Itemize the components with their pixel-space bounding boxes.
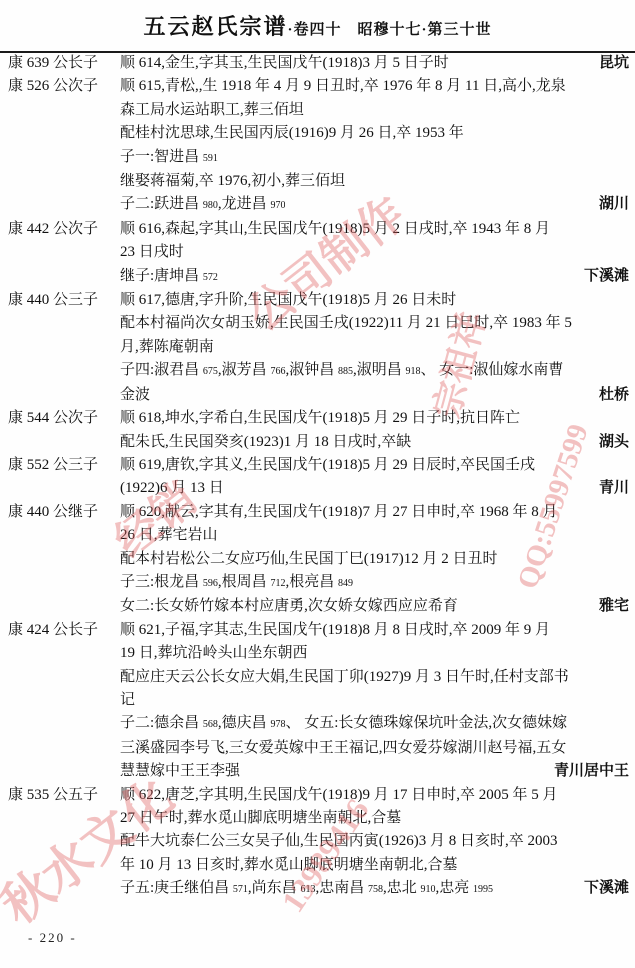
entry-text: 配桂村沈思球,生民国丙辰(1916)9 月 26 日,卒 1953 年 [120, 122, 464, 145]
entry-text: 顺 617,德唐,字升阶,生民国戊午(1918)5 月 26 日未时 [120, 289, 456, 312]
entry-line: 慧慧嫁中王王李强青川居中王 [120, 760, 629, 783]
text-segment: 23 日戌时 [120, 244, 184, 260]
text-segment: ,根周昌 [218, 574, 271, 590]
entry-line: 顺 622,唐芝,字其明,生民国戊午(1918)9 月 17 日申时,卒 200… [120, 784, 629, 807]
text-segment: 女二:长女娇竹嫁本村应唐勇,次女娇女嫁西应应希育 [120, 598, 458, 614]
descendant-number: 849 [338, 578, 353, 589]
generation-label: 康 440 公三子 [0, 289, 120, 312]
descendant-number: 613 [300, 884, 315, 895]
generation-label: 康 440 公继子 [0, 501, 120, 524]
entry-line: 顺 615,青松,,生 1918 年 4 月 9 日丑时,卒 1976 年 8 … [120, 75, 629, 98]
text-segment: ,忠北 [383, 880, 421, 896]
text-segment: 顺 620,献云,字其有,生民国戊午(1918)7 月 27 日申时,卒 196… [120, 504, 558, 520]
generation-label: 康 639 公长子 [0, 52, 120, 75]
entry-rows: 顺 621,子福,字其志,生民国戊午(1918)8 月 8 日戌时,卒 2009… [120, 619, 635, 784]
genealogy-entry: 康 544 公次子顺 618,坤水,字希白,生民国戊午(1918)5 月 29 … [0, 407, 635, 454]
entry-text: 继娶蒋福菊,卒 1976,初小,葬三佰坦 [120, 170, 345, 193]
entry-rows: 顺 620,献云,字其有,生民国戊午(1918)7 月 27 日申时,卒 196… [120, 501, 635, 619]
text-segment: 顺 622,唐芝,字其明,生民国戊午(1918)9 月 17 日申时,卒 200… [120, 787, 558, 803]
text-segment: 森工局水运站职工,葬三佰坦 [120, 102, 304, 118]
descendant-number: 572 [203, 272, 218, 283]
text-segment: 子五:庚壬继伯昌 [120, 880, 233, 896]
entry-line: 子四:淑君昌 675,淑芳昌 766,淑钟昌 885,淑明昌 918、 女一:淑… [120, 359, 629, 383]
text-segment: 顺 616,森起,字其山,生民国戊午(1918)5 月 2 日戌时,卒 1943… [120, 221, 550, 237]
entry-line: 27 日午时,葬水觅山脚底明塘坐南朝北,合墓 [120, 807, 629, 830]
genealogy-entry: 康 424 公长子顺 621,子福,字其志,生民国戊午(1918)8 月 8 日… [0, 619, 635, 784]
entry-line: 月,葬陈庵朝南 [120, 336, 629, 359]
entry-text: 三溪盛园李号飞,三女爱英嫁中王王福记,四女爱芬嫁湖川赵号福,五女 [120, 737, 566, 760]
text-segment: 顺 615,青松,,生 1918 年 4 月 9 日丑时,卒 1976 年 8 … [120, 78, 566, 94]
descendant-number: 910 [420, 884, 435, 895]
entry-line: 配桂村沈思球,生民国丙辰(1916)9 月 26 日,卒 1953 年 [120, 122, 629, 145]
text-segment: 子二:德余昌 [120, 715, 203, 731]
residence-place: 青川居中王 [554, 760, 629, 783]
entry-line: (1922)6 月 13 日青川 [120, 477, 629, 500]
text-segment: 慧慧嫁中王王李强 [120, 763, 240, 779]
entry-line: 顺 614,金生,字其玉,生民国戊午(1918)3 月 5 日子时昆坑 [120, 52, 629, 75]
entry-line: 顺 621,子福,字其志,生民国戊午(1918)8 月 8 日戌时,卒 2009… [120, 619, 629, 642]
page-header: 五云赵氏宗谱·卷四十 昭穆十七·第三十世 [0, 10, 635, 53]
residence-place: 雅宅 [599, 595, 629, 618]
text-segment: 子四:淑君昌 [120, 362, 203, 378]
text-segment: 子三:根龙昌 [120, 574, 203, 590]
descendant-number: 596 [203, 578, 218, 589]
text-segment: ,尚东昌 [248, 880, 301, 896]
page-number: - 220 - [28, 930, 77, 946]
entry-text: 金波 [120, 384, 150, 407]
descendant-number: 712 [270, 578, 285, 589]
generation-label: 康 535 公五子 [0, 784, 120, 807]
text-segment: 继娶蒋福菊,卒 1976,初小,葬三佰坦 [120, 173, 345, 189]
entry-text: 顺 619,唐钦,字其义,生民国戊午(1918)5 月 29 日辰时,卒民国壬戌 [120, 454, 535, 477]
entry-text: 26 日,葬宅岩山 [120, 524, 218, 547]
genealogy-entry: 康 440 公三子顺 617,德唐,字升阶,生民国戊午(1918)5 月 26 … [0, 289, 635, 407]
entry-line: 顺 617,德唐,字升阶,生民国戊午(1918)5 月 26 日未时 [120, 289, 629, 312]
entry-rows: 顺 619,唐钦,字其义,生民国戊午(1918)5 月 29 日辰时,卒民国壬戌… [120, 454, 635, 501]
entry-line: 子二:跃进昌 980,龙进昌 970湖川 [120, 193, 629, 217]
descendant-number: 1995 [473, 884, 493, 895]
text-segment: 金波 [120, 387, 150, 403]
text-segment: 子二:跃进昌 [120, 196, 203, 212]
entry-line: 顺 620,献云,字其有,生民国戊午(1918)7 月 27 日申时,卒 196… [120, 501, 629, 524]
entry-text: 顺 618,坤水,字希白,生民国戊午(1918)5 月 29 日子时,抗日阵亡 [120, 407, 520, 430]
book-title: 五云赵氏宗谱 [143, 14, 287, 39]
text-segment: 配本村福尚次女胡玉娇,生民国壬戌(1922)11 月 21 日巳时,卒 1983… [120, 315, 572, 331]
descendant-number: 675 [203, 366, 218, 377]
text-segment: ,淑芳昌 [218, 362, 271, 378]
entry-line: 配应庄天云公长女应大娟,生民国丁卯(1927)9 月 3 日午时,任村支部书 [120, 666, 629, 689]
text-segment: ,龙进昌 [218, 196, 271, 212]
entry-line: 配本村岩松公二女应巧仙,生民国丁巳(1917)12 月 2 日丑时 [120, 548, 629, 571]
descendant-number: 571 [233, 884, 248, 895]
entry-line: 配朱氏,生民国癸亥(1923)1 月 18 日戌时,卒缺湖头 [120, 431, 629, 454]
residence-place: 下溪滩 [584, 877, 629, 900]
entry-text: 子二:跃进昌 980,龙进昌 970 [120, 193, 285, 217]
entry-text: 子一:智进昌 591 [120, 146, 218, 170]
entry-line: 记 [120, 689, 629, 712]
entry-text: 子三:根龙昌 596,根周昌 712,根亮昌 849 [120, 571, 353, 595]
entry-text: 23 日戌时 [120, 241, 184, 264]
genealogy-entry: 康 552 公三子顺 619,唐钦,字其义,生民国戊午(1918)5 月 29 … [0, 454, 635, 501]
entry-line: 子五:庚壬继伯昌 571,尚东昌 613,忠南昌 758,忠北 910,忠亮 1… [120, 877, 629, 901]
residence-place: 湖头 [599, 431, 629, 454]
entry-line: 子三:根龙昌 596,根周昌 712,根亮昌 849 [120, 571, 629, 595]
entry-line: 26 日,葬宅岩山 [120, 524, 629, 547]
text-segment: 三溪盛园李号飞,三女爱英嫁中王王福记,四女爱芬嫁湖川赵号福,五女 [120, 740, 566, 756]
entry-text: 19 日,葬坑沿岭头山坐东朝西 [120, 642, 308, 665]
residence-place: 湖川 [599, 193, 629, 216]
text-segment: (1922)6 月 13 日 [120, 480, 224, 496]
descendant-number: 758 [368, 884, 383, 895]
genealogy-entry: 康 535 公五子顺 622,唐芝,字其明,生民国戊午(1918)9 月 17 … [0, 784, 635, 902]
entry-line: 19 日,葬坑沿岭头山坐东朝西 [120, 642, 629, 665]
entry-rows: 顺 617,德唐,字升阶,生民国戊午(1918)5 月 26 日未时配本村福尚次… [120, 289, 635, 407]
text-segment: 19 日,葬坑沿岭头山坐东朝西 [120, 645, 308, 661]
text-segment: ,德庆昌 [218, 715, 271, 731]
text-segment: 配朱氏,生民国癸亥(1923)1 月 18 日戌时,卒缺 [120, 434, 411, 450]
text-segment: 月,葬陈庵朝南 [120, 339, 214, 355]
entry-text: 配本村福尚次女胡玉娇,生民国壬戌(1922)11 月 21 日巳时,卒 1983… [120, 312, 572, 335]
genealogy-entry: 康 442 公次子顺 616,森起,字其山,生民国戊午(1918)5 月 2 日… [0, 218, 635, 289]
entry-line: 配本村福尚次女胡玉娇,生民国壬戌(1922)11 月 21 日巳时,卒 1983… [120, 312, 629, 335]
descendant-number: 980 [203, 200, 218, 211]
entry-text: 配朱氏,生民国癸亥(1923)1 月 18 日戌时,卒缺 [120, 431, 411, 454]
volume-subtitle: ·卷四十 昭穆十七·第三十世 [288, 22, 492, 38]
descendant-number: 591 [203, 153, 218, 164]
descendant-number: 766 [270, 366, 285, 377]
entry-text: 顺 615,青松,,生 1918 年 4 月 9 日丑时,卒 1976 年 8 … [120, 75, 566, 98]
text-segment: 顺 618,坤水,字希白,生民国戊午(1918)5 月 29 日子时,抗日阵亡 [120, 410, 520, 426]
genealogy-entry: 康 440 公继子顺 620,献云,字其有,生民国戊午(1918)7 月 27 … [0, 501, 635, 619]
entry-text: 继子:唐坤昌 572 [120, 265, 218, 289]
text-segment: ,淑钟昌 [285, 362, 338, 378]
text-segment: 顺 619,唐钦,字其义,生民国戊午(1918)5 月 29 日辰时,卒民国壬戌 [120, 457, 535, 473]
entry-rows: 顺 615,青松,,生 1918 年 4 月 9 日丑时,卒 1976 年 8 … [120, 75, 635, 217]
entry-text: 顺 614,金生,字其玉,生民国戊午(1918)3 月 5 日子时 [120, 52, 449, 75]
text-segment: ,根亮昌 [285, 574, 338, 590]
entry-text: 27 日午时,葬水觅山脚底明塘坐南朝北,合墓 [120, 807, 401, 830]
residence-place: 青川 [599, 477, 629, 500]
text-segment: ,忠南昌 [315, 880, 368, 896]
descendant-number: 918 [405, 366, 420, 377]
text-segment: 顺 614,金生,字其玉,生民国戊午(1918)3 月 5 日子时 [120, 55, 449, 71]
entry-line: 继子:唐坤昌 572下溪滩 [120, 265, 629, 289]
entry-line: 顺 618,坤水,字希白,生民国戊午(1918)5 月 29 日子时,抗日阵亡 [120, 407, 629, 430]
entry-line: 金波杜桥 [120, 384, 629, 407]
descendant-number: 885 [338, 366, 353, 377]
text-segment: 年 10 月 13 日亥时,葬水觅山脚底明塘坐南朝北,合墓 [120, 857, 458, 873]
entry-text: 顺 616,森起,字其山,生民国戊午(1918)5 月 2 日戌时,卒 1943… [120, 218, 550, 241]
text-segment: 子一:智进昌 [120, 149, 203, 165]
text-segment: 配牛大坑泰仁公三女吴子仙,生民国丙寅(1926)3 月 8 日亥时,卒 2003 [120, 833, 558, 849]
text-segment: 、 女一:淑仙嫁水南曹 [420, 362, 563, 378]
entry-text: (1922)6 月 13 日 [120, 477, 224, 500]
entry-text: 配牛大坑泰仁公三女吴子仙,生民国丙寅(1926)3 月 8 日亥时,卒 2003 [120, 830, 558, 853]
text-segment: 配应庄天云公长女应大娟,生民国丁卯(1927)9 月 3 日午时,任村支部书 [120, 669, 569, 685]
entry-text: 年 10 月 13 日亥时,葬水觅山脚底明塘坐南朝北,合墓 [120, 854, 458, 877]
entry-line: 女二:长女娇竹嫁本村应唐勇,次女娇女嫁西应应希育雅宅 [120, 595, 629, 618]
entry-line: 森工局水运站职工,葬三佰坦 [120, 99, 629, 122]
descendant-number: 970 [270, 200, 285, 211]
entry-line: 年 10 月 13 日亥时,葬水觅山脚底明塘坐南朝北,合墓 [120, 854, 629, 877]
text-segment: 、 女五:长女德珠嫁保坑叶金法,次女德妹嫁 [285, 715, 567, 731]
entry-line: 顺 616,森起,字其山,生民国戊午(1918)5 月 2 日戌时,卒 1943… [120, 218, 629, 241]
entry-text: 顺 620,献云,字其有,生民国戊午(1918)7 月 27 日申时,卒 196… [120, 501, 558, 524]
entry-text: 森工局水运站职工,葬三佰坦 [120, 99, 304, 122]
entry-text: 子二:德余昌 568,德庆昌 978、 女五:长女德珠嫁保坑叶金法,次女德妹嫁 [120, 712, 567, 736]
entry-line: 继娶蒋福菊,卒 1976,初小,葬三佰坦 [120, 170, 629, 193]
entry-text: 女二:长女娇竹嫁本村应唐勇,次女娇女嫁西应应希育 [120, 595, 458, 618]
genealogy-entry: 康 526 公次子顺 615,青松,,生 1918 年 4 月 9 日丑时,卒 … [0, 75, 635, 217]
text-segment: 记 [120, 692, 135, 708]
genealogy-page: 五云赵氏宗谱·卷四十 昭穆十七·第三十世 康 639 公长子顺 614,金生,字… [0, 0, 635, 968]
entry-line: 顺 619,唐钦,字其义,生民国戊午(1918)5 月 29 日辰时,卒民国壬戌 [120, 454, 629, 477]
entry-line: 三溪盛园李号飞,三女爱英嫁中王王福记,四女爱芬嫁湖川赵号福,五女 [120, 737, 629, 760]
entry-text: 月,葬陈庵朝南 [120, 336, 214, 359]
genealogy-entry: 康 639 公长子顺 614,金生,字其玉,生民国戊午(1918)3 月 5 日… [0, 52, 635, 75]
generation-label: 康 552 公三子 [0, 454, 120, 477]
text-segment: 26 日,葬宅岩山 [120, 527, 218, 543]
text-segment: 配本村岩松公二女应巧仙,生民国丁巳(1917)12 月 2 日丑时 [120, 551, 498, 567]
entry-text: 顺 621,子福,字其志,生民国戊午(1918)8 月 8 日戌时,卒 2009… [120, 619, 550, 642]
entry-text: 子四:淑君昌 675,淑芳昌 766,淑钟昌 885,淑明昌 918、 女一:淑… [120, 359, 563, 383]
generation-label: 康 424 公长子 [0, 619, 120, 642]
residence-place: 昆坑 [599, 52, 629, 75]
descendant-number: 568 [203, 719, 218, 730]
entry-text: 配本村岩松公二女应巧仙,生民国丁巳(1917)12 月 2 日丑时 [120, 548, 498, 571]
entry-line: 子二:德余昌 568,德庆昌 978、 女五:长女德珠嫁保坑叶金法,次女德妹嫁 [120, 712, 629, 736]
entry-rows: 顺 614,金生,字其玉,生民国戊午(1918)3 月 5 日子时昆坑 [120, 52, 635, 75]
entry-line: 配牛大坑泰仁公三女吴子仙,生民国丙寅(1926)3 月 8 日亥时,卒 2003 [120, 830, 629, 853]
text-segment: 配桂村沈思球,生民国丙辰(1916)9 月 26 日,卒 1953 年 [120, 125, 464, 141]
entry-text: 记 [120, 689, 135, 712]
entry-rows: 顺 618,坤水,字希白,生民国戊午(1918)5 月 29 日子时,抗日阵亡配… [120, 407, 635, 454]
entry-text: 慧慧嫁中王王李强 [120, 760, 240, 783]
entry-line: 23 日戌时 [120, 241, 629, 264]
residence-place: 下溪滩 [584, 265, 629, 288]
text-segment: 继子:唐坤昌 [120, 268, 203, 284]
text-segment: 顺 617,德唐,字升阶,生民国戊午(1918)5 月 26 日未时 [120, 292, 456, 308]
text-segment: ,忠亮 [435, 880, 473, 896]
generation-label: 康 442 公次子 [0, 218, 120, 241]
descendant-number: 978 [270, 719, 285, 730]
entry-rows: 顺 622,唐芝,字其明,生民国戊午(1918)9 月 17 日申时,卒 200… [120, 784, 635, 902]
entries: 康 639 公长子顺 614,金生,字其玉,生民国戊午(1918)3 月 5 日… [0, 52, 635, 902]
entry-rows: 顺 616,森起,字其山,生民国戊午(1918)5 月 2 日戌时,卒 1943… [120, 218, 635, 289]
text-segment: 顺 621,子福,字其志,生民国戊午(1918)8 月 8 日戌时,卒 2009… [120, 622, 550, 638]
text-segment: 27 日午时,葬水觅山脚底明塘坐南朝北,合墓 [120, 810, 401, 826]
generation-label: 康 526 公次子 [0, 75, 120, 98]
entry-text: 子五:庚壬继伯昌 571,尚东昌 613,忠南昌 758,忠北 910,忠亮 1… [120, 877, 493, 901]
entry-text: 配应庄天云公长女应大娟,生民国丁卯(1927)9 月 3 日午时,任村支部书 [120, 666, 569, 689]
generation-label: 康 544 公次子 [0, 407, 120, 430]
entry-text: 顺 622,唐芝,字其明,生民国戊午(1918)9 月 17 日申时,卒 200… [120, 784, 558, 807]
text-segment: ,淑明昌 [353, 362, 406, 378]
entry-line: 子一:智进昌 591 [120, 146, 629, 170]
residence-place: 杜桥 [599, 384, 629, 407]
